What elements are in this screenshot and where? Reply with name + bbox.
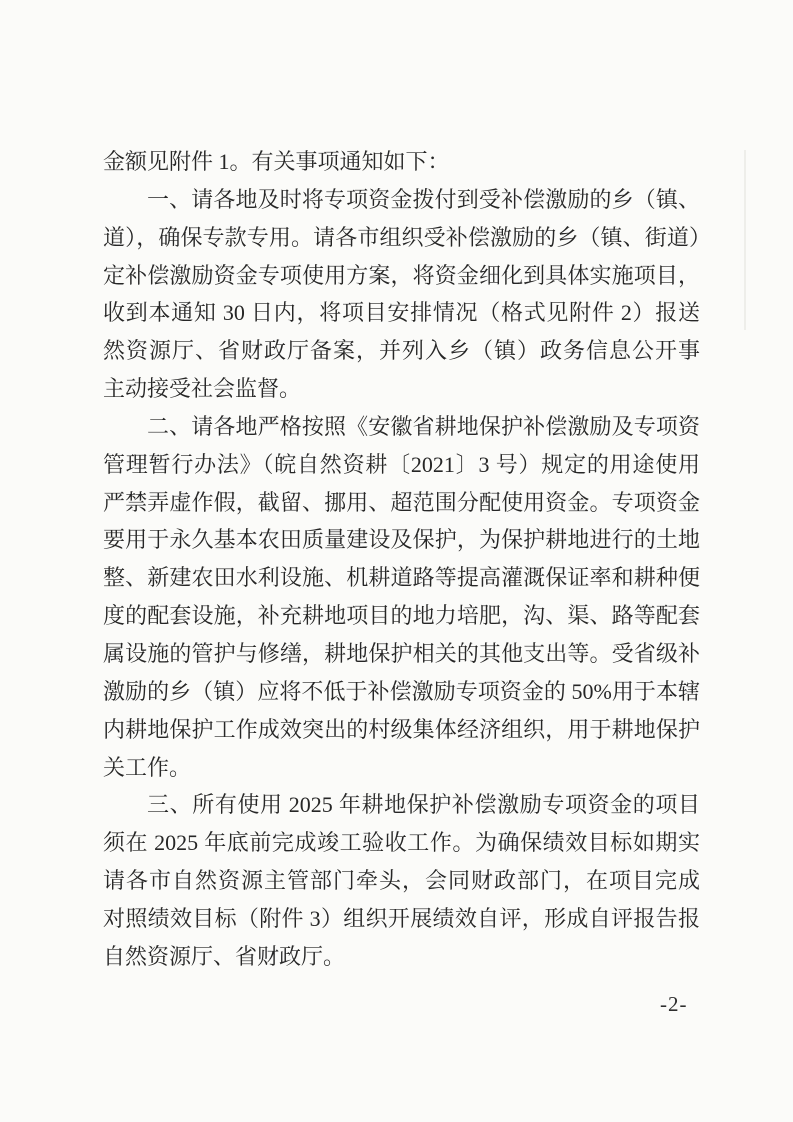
text-line: 须在 2025 年底前完成竣工验收工作。为确保绩效目标如期实现， xyxy=(103,824,700,862)
page-number: -2- xyxy=(660,992,688,1017)
text-line: 三、所有使用 2025 年耕地保护补偿激励专项资金的项目必 xyxy=(103,786,700,824)
text-line: 对照绩效目标（附件 3）组织开展绩效自评，形成自评报告报省 xyxy=(103,900,700,938)
text-line: 主动接受社会监督。 xyxy=(103,370,700,408)
text-line: 关工作。 xyxy=(103,749,700,787)
text-line: 严禁弄虚作假，截留、挪用、超范围分配使用资金。专项资金主 xyxy=(103,484,700,522)
paragraph-3: 三、所有使用 2025 年耕地保护补偿激励专项资金的项目必 须在 2025 年底… xyxy=(103,786,700,975)
text-line: 道），确保专款专用。请各市组织受补偿激励的乡（镇、街道）制 xyxy=(103,219,700,257)
document-body: 金额见附件 1。有关事项通知如下： 一、请各地及时将专项资金拨付到受补偿激励的乡… xyxy=(103,143,700,976)
text-line: 自然资源厅、省财政厅。 xyxy=(103,938,700,976)
text-line: 度的配套设施，补充耕地项目的地力培肥，沟、渠、路等配套附 xyxy=(103,597,700,635)
text-line: 收到本通知 30 日内，将项目安排情况（格式见附件 2）报送省自 xyxy=(103,294,700,332)
text-line: 内耕地保护工作成效突出的村级集体经济组织，用于耕地保护相 xyxy=(103,711,700,749)
text-line: 然资源厅、省财政厅备案，并列入乡（镇）政务信息公开事项， xyxy=(103,332,700,370)
text-line: 属设施的管护与修缮，耕地保护相关的其他支出等。受省级补偿 xyxy=(103,635,700,673)
text-line: 要用于永久基本农田质量建设及保护，为保护耕地进行的土地平 xyxy=(103,521,700,559)
continuation-line: 金额见附件 1。有关事项通知如下： xyxy=(103,143,700,181)
text-line: 整、新建农田水利设施、机耕道路等提高灌溉保证率和耕种便利 xyxy=(103,559,700,597)
text-line: 定补偿激励资金专项使用方案，将资金细化到具体实施项目，于 xyxy=(103,257,700,295)
document-page: 金额见附件 1。有关事项通知如下： 一、请各地及时将专项资金拨付到受补偿激励的乡… xyxy=(0,0,793,1122)
text-line: 管理暂行办法》（皖自然资耕〔2021〕3 号）规定的用途使用资金， xyxy=(103,446,700,484)
text-line: 二、请各地严格按照《安徽省耕地保护补偿激励及专项资金 xyxy=(103,408,700,446)
text-line: 一、请各地及时将专项资金拨付到受补偿激励的乡（镇、街 xyxy=(103,181,700,219)
paragraph-2: 二、请各地严格按照《安徽省耕地保护补偿激励及专项资金 管理暂行办法》（皖自然资耕… xyxy=(103,408,700,786)
paragraph-1: 一、请各地及时将专项资金拨付到受补偿激励的乡（镇、街 道），确保专款专用。请各市… xyxy=(103,181,700,408)
scan-artifact-line xyxy=(744,150,746,330)
text-line: 请各市自然资源主管部门牵头，会同财政部门，在项目完成后， xyxy=(103,862,700,900)
text-line: 激励的乡（镇）应将不低于补偿激励专项资金的 50%用于本辖区 xyxy=(103,673,700,711)
